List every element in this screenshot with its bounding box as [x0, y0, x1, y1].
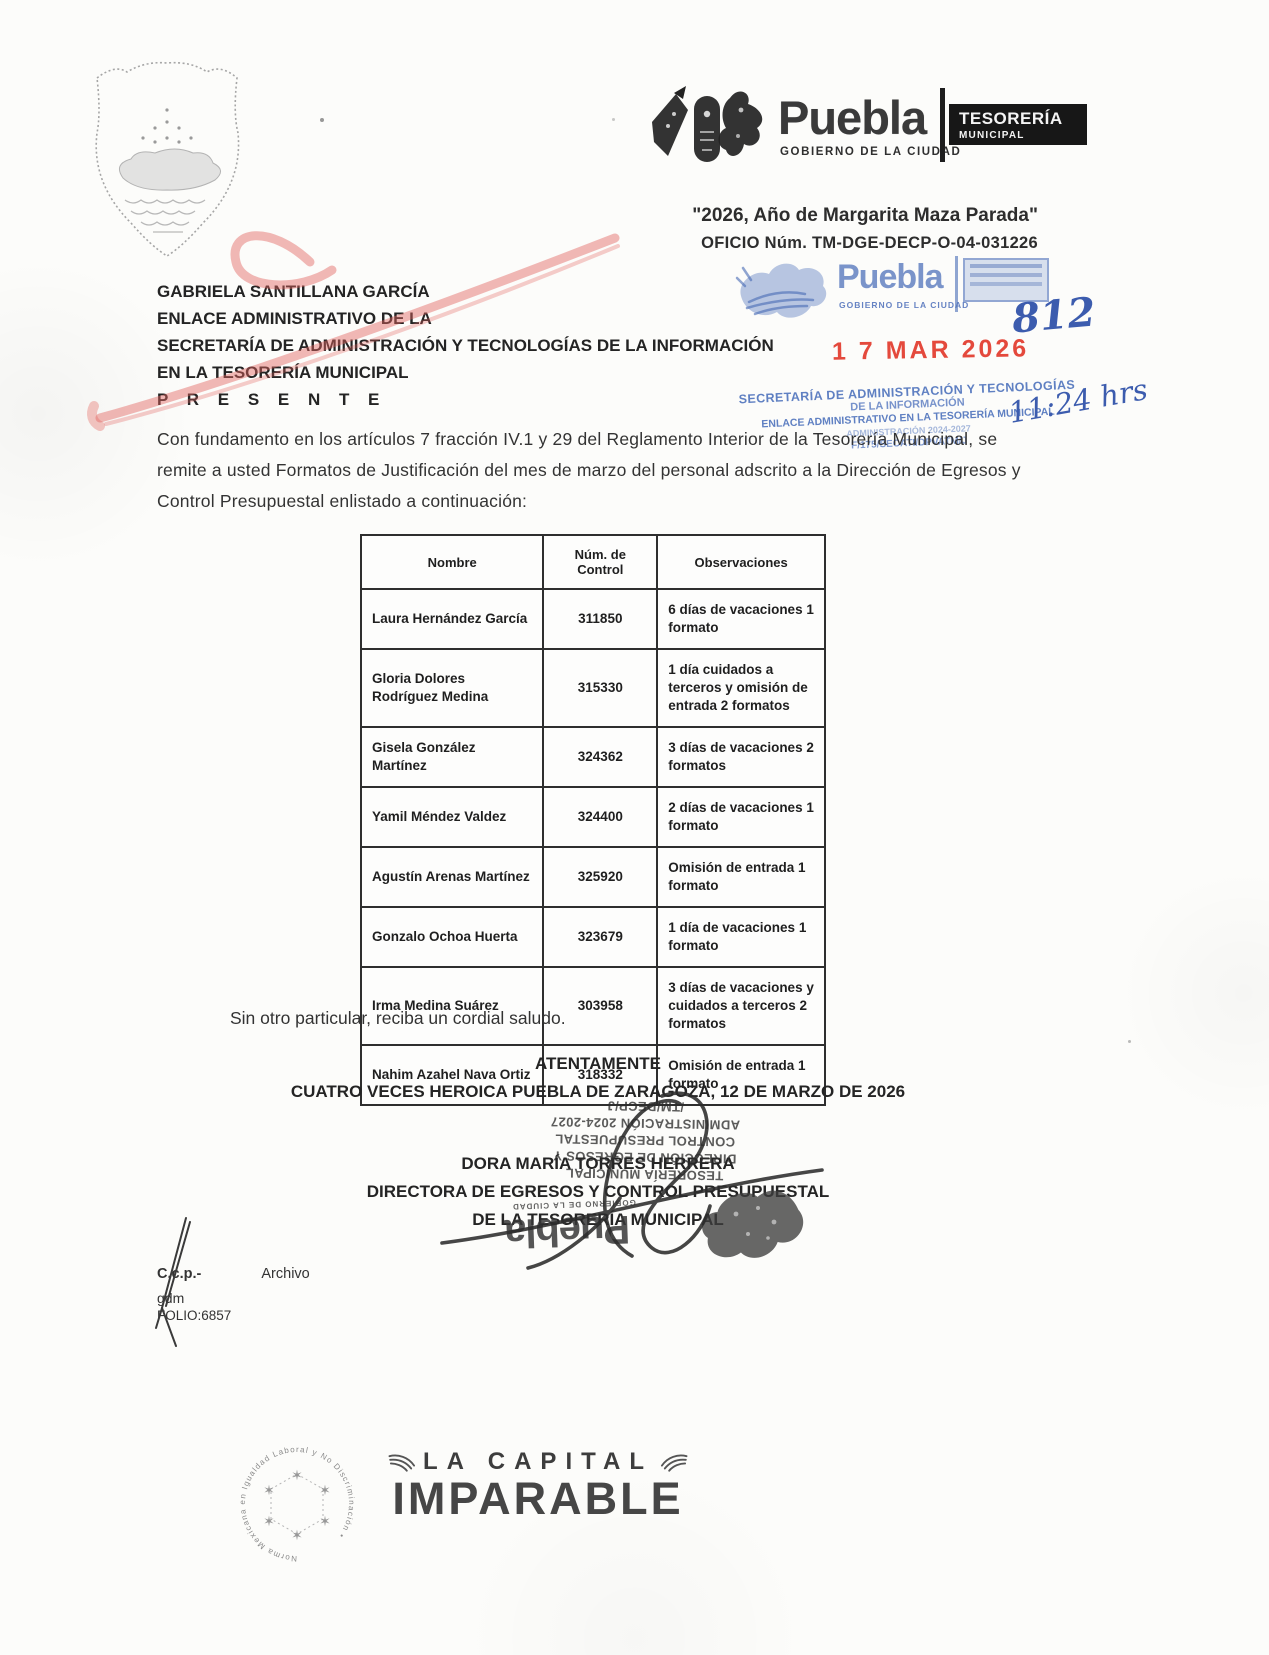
table-row: Irma Medina Suárez 303958 3 días de vaca…: [361, 967, 825, 1045]
col-header-num-control: Núm. de Control: [543, 535, 657, 589]
puebla-wordmark-subtitle: GOBIERNO DE LA CIUDAD: [780, 146, 961, 158]
cell-num-control: 324362: [543, 727, 657, 787]
cell-num-control: 324400: [543, 787, 657, 847]
ccp-value: Archivo: [261, 1266, 309, 1282]
table-row: Yamil Méndez Valdez 324400 2 días de vac…: [361, 787, 825, 847]
cell-observaciones: 6 días de vacaciones 1 formato: [657, 589, 825, 649]
table-row: Gonzalo Ochoa Huerta 323679 1 día de vac…: [361, 907, 825, 967]
wing-right-icon: [659, 1449, 688, 1475]
puebla-header-icon: [638, 84, 773, 169]
received-stamp-blue: Puebla GOBIERNO DE LA CIUDAD: [735, 252, 1047, 334]
pen-check-mark: [138, 1212, 228, 1362]
received-stamp-brand: Puebla: [837, 258, 942, 297]
cell-observaciones: 1 día cuidados a terceros y omisión de e…: [657, 649, 825, 727]
svg-text:✶: ✶: [319, 1514, 331, 1530]
wing-left-icon: [388, 1449, 417, 1475]
table-row: Gloria Dolores Rodríguez Medina 315330 1…: [361, 649, 825, 727]
scan-speck: [320, 118, 324, 122]
table-row: Agustín Arenas Martínez 325920 Omisión d…: [361, 847, 825, 907]
cell-nombre: Yamil Méndez Valdez: [361, 787, 543, 847]
cell-num-control: 323679: [543, 907, 657, 967]
scanned-letter-page: Puebla GOBIERNO DE LA CIUDAD TESORERÍA M…: [0, 0, 1269, 1655]
cell-observaciones: Omisión de entrada 1 formato: [657, 847, 825, 907]
cell-num-control: 303958: [543, 967, 657, 1045]
received-stamp-divider: [955, 256, 958, 312]
oficio-number: OFICIO Núm. TM-DGE-DECP-O-04-031226: [678, 234, 1038, 253]
date-received-stamp: 1 7 MAR 2026: [832, 334, 1030, 366]
cell-observaciones: 1 día de vacaciones 1 formato: [657, 907, 825, 967]
table-row: Laura Hernández García 311850 6 días de …: [361, 589, 825, 649]
table-row: Gisela González Martínez 324362 3 días d…: [361, 727, 825, 787]
red-crayon-mark: [70, 200, 670, 460]
year-legend: "2026, Año de Margarita Maza Parada": [678, 205, 1038, 227]
puebla-wordmark: Puebla: [778, 90, 926, 145]
cell-num-control: 325920: [543, 847, 657, 907]
received-stamp-brand-sub: GOBIERNO DE LA CIUDAD: [839, 300, 969, 310]
la-capital-imparable-logo: LA CAPITAL IMPARABLE: [388, 1448, 688, 1525]
svg-text:✶: ✶: [291, 1528, 303, 1544]
cell-num-control: 311850: [543, 589, 657, 649]
cell-nombre: Agustín Arenas Martínez: [361, 847, 543, 907]
svg-text:✶: ✶: [319, 1483, 331, 1499]
cell-nombre: Gonzalo Ochoa Huerta: [361, 907, 543, 967]
handwritten-signature: [380, 1078, 850, 1278]
cell-nombre: Gloria Dolores Rodríguez Medina: [361, 649, 543, 727]
tesoreria-municipal-box: TESORERÍA MUNICIPAL: [949, 104, 1087, 145]
cell-observaciones: 3 días de vacaciones 2 formatos: [657, 727, 825, 787]
dept-line2: MUNICIPAL: [959, 130, 1077, 141]
norma-mexicana-badge: Norma Mexicana en Igualdad Laboral y No …: [233, 1440, 361, 1568]
capital-line1: LA CAPITAL: [423, 1448, 653, 1476]
scan-speck: [1128, 1040, 1131, 1043]
atentamente-line: ATENTAMENTE: [168, 1050, 1028, 1078]
cell-nombre: Irma Medina Suárez: [361, 967, 543, 1045]
col-header-observaciones: Observaciones: [657, 535, 825, 589]
svg-text:✶: ✶: [263, 1514, 275, 1530]
svg-text:✶: ✶: [263, 1483, 275, 1499]
scan-speck: [612, 118, 615, 121]
capital-line2: IMPARABLE: [388, 1473, 688, 1525]
table-header-row: Nombre Núm. de Control Observaciones: [361, 535, 825, 589]
cell-nombre: Gisela González Martínez: [361, 727, 543, 787]
cell-observaciones: 3 días de vacaciones y cuidados a tercer…: [657, 967, 825, 1045]
col-header-nombre: Nombre: [361, 535, 543, 589]
cell-nombre: Laura Hernández García: [361, 589, 543, 649]
header-divider-bar: [940, 88, 945, 162]
closing-line: Sin otro particular, reciba un cordial s…: [230, 1008, 566, 1029]
dept-line1: TESORERÍA: [959, 109, 1077, 129]
body-paragraph: Con fundamento en los artículos 7 fracci…: [157, 424, 1045, 517]
svg-text:✶: ✶: [291, 1468, 303, 1484]
svg-text:Norma Mexicana en Igualdad Lab: Norma Mexicana en Igualdad Laboral y No …: [238, 1445, 356, 1563]
cell-observaciones: 2 días de vacaciones 1 formato: [657, 787, 825, 847]
badge-circular-text: Norma Mexicana en Igualdad Laboral y No …: [238, 1445, 356, 1563]
cell-num-control: 315330: [543, 649, 657, 727]
